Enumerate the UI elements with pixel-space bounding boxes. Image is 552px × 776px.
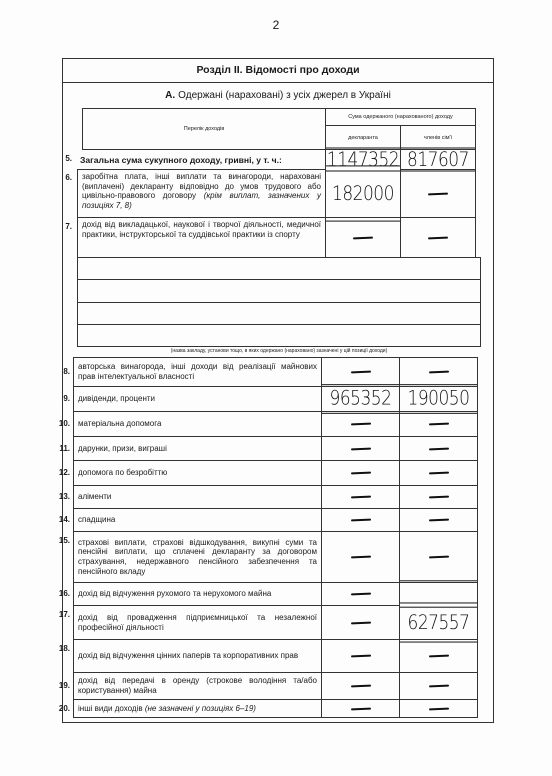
- row-number: 16.: [52, 589, 70, 598]
- row-number: 8.: [52, 367, 70, 376]
- dash-mark: [350, 621, 370, 623]
- header-declarant-label: декларанта: [326, 126, 400, 149]
- alimony-family: [399, 485, 478, 509]
- row-label-royalties: авторська винагорода, інші доходи від ре…: [73, 357, 322, 387]
- business-income-family: 627557: [399, 602, 478, 642]
- row-label-gifts-prizes: дарунки, призи, виграші: [73, 436, 322, 461]
- header-declarant-column: декларанта: [325, 125, 401, 150]
- row-number: 9.: [52, 394, 70, 403]
- alimony-declarant: [321, 485, 400, 509]
- business-income-declarant: [321, 605, 400, 640]
- row-label-total-income: Загальна сума сукупного доходу, гривні, …: [80, 152, 320, 168]
- dash-mark: [350, 707, 370, 709]
- row-label-unemployment-aid: допомога по безробіттю: [73, 460, 322, 486]
- row-label-business-income: дохід від провадження підприємницької та…: [73, 605, 322, 640]
- row-number: 5.: [56, 154, 72, 163]
- row-number: 12.: [52, 468, 70, 477]
- row-label-text: дохід від відчуження цінних паперів та к…: [78, 651, 298, 660]
- dash-mark: [428, 655, 448, 657]
- page-number: 2: [0, 18, 552, 32]
- inheritance-family: [399, 508, 478, 532]
- row-label-property-sale: дохід від відчуження рухомого та нерухом…: [73, 582, 322, 606]
- row-label-text: авторська винагорода, інші доходи від ре…: [78, 362, 317, 381]
- subsection-letter: А.: [165, 90, 175, 101]
- other-income-declarant: [321, 699, 400, 718]
- securities-sale-family: [399, 639, 478, 673]
- row-number: 13.: [52, 492, 70, 501]
- institution-row-1[interactable]: [77, 257, 481, 280]
- header-sum-column: Сума одержаного (нарахованого) доходу: [325, 108, 476, 126]
- rental-income-declarant: [321, 672, 400, 700]
- securities-sale-declarant: [321, 639, 400, 673]
- row-label-text: інші види доходів: [78, 704, 143, 713]
- gifts-prizes-declarant: [321, 436, 400, 461]
- dash-mark: [428, 472, 448, 474]
- dash-mark: [428, 192, 448, 194]
- row-label-rental-income: дохід від передачі в оренду (строкове во…: [73, 672, 322, 700]
- row-number: 11.: [52, 444, 70, 453]
- row-label-text: дохід від передачі в оренду (строкове во…: [78, 676, 317, 695]
- subsection-title: Одержані (нараховані) з усіх джерел в Ук…: [178, 90, 391, 101]
- dividends-family: 190050: [399, 384, 478, 414]
- header-list-column: Перелік доходів: [82, 108, 326, 150]
- header-list-label: Перелік доходів: [83, 109, 325, 149]
- dash-mark: [428, 423, 448, 425]
- unemployment-aid-family: [399, 460, 478, 486]
- row-number: 20.: [52, 704, 70, 713]
- dash-mark: [350, 685, 370, 687]
- dash-mark: [350, 423, 370, 425]
- dash-mark: [428, 556, 448, 558]
- dash-mark: [428, 707, 448, 709]
- material-aid-family: [399, 411, 478, 437]
- row-number: 10.: [52, 419, 70, 428]
- row-number: 6.: [56, 173, 72, 182]
- row-label-text: дивіденди, проценти: [78, 394, 155, 403]
- row-label-text: страхові виплати, страхові відшкодування…: [78, 538, 317, 576]
- header-sum-label: Сума одержаного (нарахованого) доходу: [326, 109, 475, 125]
- royalties-declarant: [321, 357, 400, 387]
- material-aid-declarant: [321, 411, 400, 437]
- dash-mark: [353, 236, 373, 238]
- dash-mark: [428, 496, 448, 498]
- institution-row-2[interactable]: [77, 279, 481, 303]
- other-income-family: [399, 699, 478, 718]
- row-label-alimony: аліменти: [73, 485, 322, 509]
- row-label-securities-sale: дохід від відчуження цінних паперів та к…: [73, 639, 322, 673]
- row-label-text: аліменти: [78, 492, 111, 501]
- institution-row-3[interactable]: [77, 302, 481, 325]
- institution-caption: (назва закладу, установи тощо, в яких од…: [77, 348, 481, 354]
- dash-mark: [350, 447, 370, 449]
- gifts-prizes-family: [399, 436, 478, 461]
- teaching-declarant: [325, 217, 401, 258]
- row-label-teaching: дохід від викладацької, наукової і творч…: [77, 217, 326, 258]
- row-label-note: (не зазначені у позиціях 6–19): [145, 704, 256, 713]
- row-number: 7.: [56, 222, 72, 231]
- dash-mark: [428, 685, 448, 687]
- dividends-declarant: 965352: [321, 384, 400, 414]
- dash-mark: [350, 472, 370, 474]
- dash-mark: [428, 447, 448, 449]
- row-number: 19.: [52, 681, 70, 690]
- row-label-insurance-payments: страхові виплати, страхові відшкодування…: [73, 531, 322, 583]
- dash-mark: [350, 593, 370, 595]
- row-label-text: дохід від відчуження рухомого та нерухом…: [78, 589, 271, 598]
- section-title: Розділ II. Відомості про доходи: [62, 58, 494, 83]
- insurance-payments-declarant: [321, 531, 400, 583]
- royalties-family: [399, 357, 478, 387]
- dash-mark: [428, 519, 448, 521]
- salary-declarant: 182000: [325, 165, 401, 221]
- total-income-family: 817607: [400, 147, 476, 171]
- row-number: 15.: [52, 536, 70, 545]
- dash-mark: [428, 236, 448, 238]
- row-label-text: дарунки, призи, виграші: [78, 444, 167, 453]
- row-label-text: дохід від провадження підприємницької та…: [78, 613, 317, 632]
- dash-mark: [350, 496, 370, 498]
- row-label-text: допомога по безробіттю: [78, 468, 167, 477]
- dash-mark: [350, 655, 370, 657]
- row-label-inheritance: спадщина: [73, 508, 322, 532]
- inheritance-declarant: [321, 508, 400, 532]
- teaching-family: [400, 217, 476, 258]
- row-label-material-aid: матеріальна допомога: [73, 411, 322, 437]
- row-number: 18.: [52, 644, 70, 653]
- row-label-other-income: інші види доходів (не зазначені у позиці…: [73, 699, 322, 718]
- dash-mark: [428, 371, 448, 373]
- row-label-text: спадщина: [78, 515, 115, 524]
- dash-mark: [350, 519, 370, 521]
- subsection-heading: А. Одержані (нараховані) з усіх джерел в…: [62, 84, 494, 106]
- header-family-column: членів сім'ї: [400, 125, 476, 150]
- unemployment-aid-declarant: [321, 460, 400, 486]
- dash-mark: [350, 556, 370, 558]
- row-label-salary: заробітна плата, інші виплати та винагор…: [77, 169, 326, 218]
- institution-row-4[interactable]: [77, 324, 481, 347]
- salary-family: [400, 169, 476, 218]
- dash-mark: [350, 371, 370, 373]
- header-family-label: членів сім'ї: [401, 126, 475, 149]
- property-sale-declarant: [321, 582, 400, 606]
- row-number: 17.: [52, 610, 70, 619]
- row-label-dividends: дивіденди, проценти: [73, 386, 322, 412]
- rental-income-family: [399, 672, 478, 700]
- row-label-text: матеріальна допомога: [78, 419, 161, 428]
- insurance-payments-family: [399, 531, 478, 583]
- row-number: 14.: [52, 515, 70, 524]
